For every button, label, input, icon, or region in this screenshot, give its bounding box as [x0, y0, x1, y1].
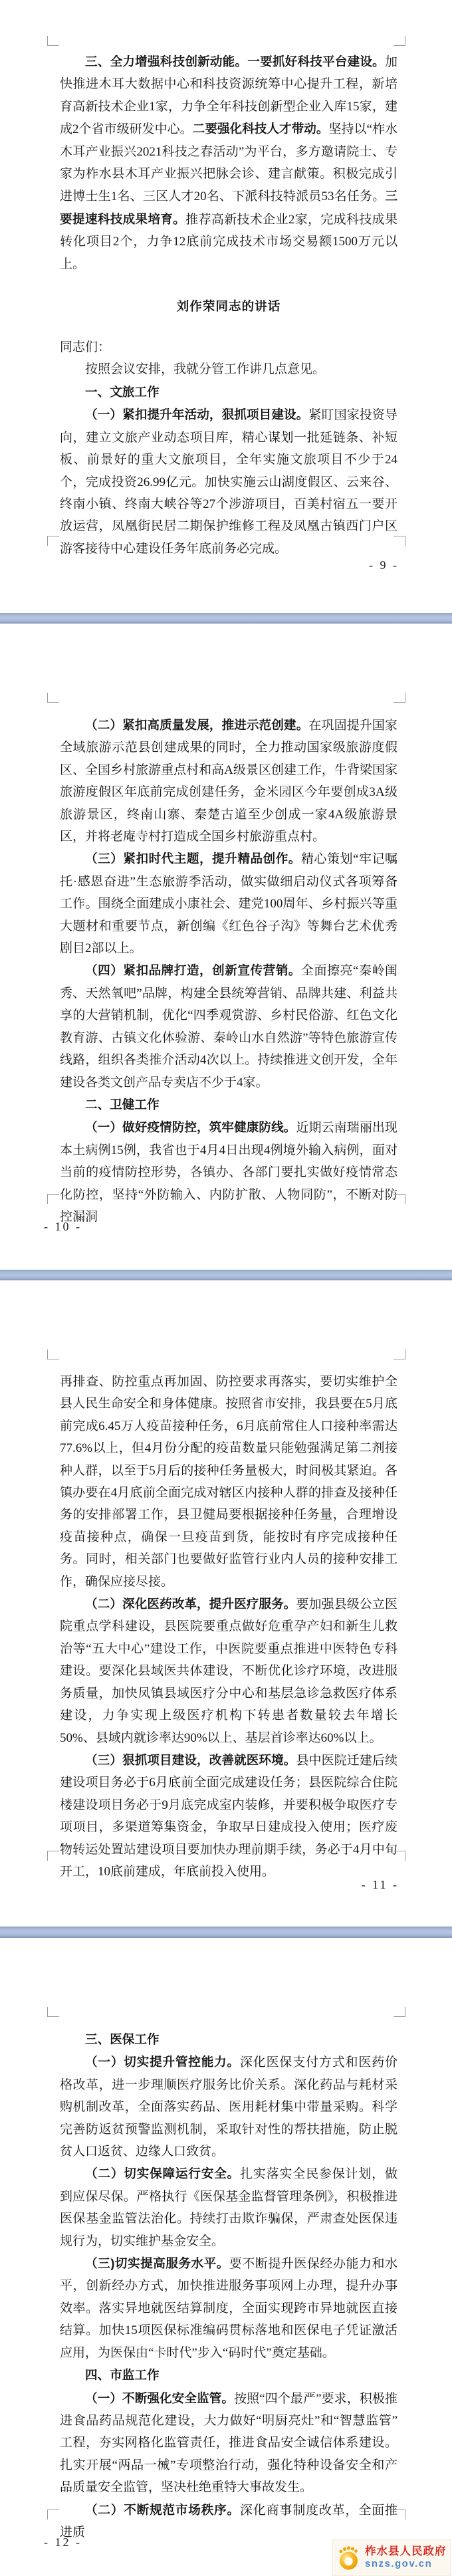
document-viewer: 三、全力增强科技创新动能。一要抓好科技平台建设。加快推进木耳大数据中心和科技资源… — [0, 0, 452, 2576]
text-boundary-mark — [394, 2007, 405, 2017]
bold-run: （一）切实提升管控能力。 — [85, 2055, 240, 2069]
page-content: 三、全力增强科技创新动能。一要抓好科技平台建设。加快推进木耳大数据中心和科技资源… — [60, 51, 397, 560]
page-number: - 11 - — [362, 1878, 399, 1892]
text-boundary-mark — [47, 1851, 59, 1861]
text-run: 要加强县级公立医院重点学科建设，县医院要重点做好危重孕产妇和新生儿救治等“五大中… — [60, 1597, 397, 1744]
paragraph: 二、卫健工作 — [60, 1094, 397, 1116]
text-boundary-mark — [47, 1349, 59, 1359]
bold-run: （四）紧扣品牌打造，创新宣传营销。 — [85, 963, 301, 977]
bold-run: （二）不断规范市场秩序。 — [85, 2503, 240, 2517]
page-content: 再排查、防控重点再加固、防控要求再落实，要切实维护全县人民生命安全和身体健康。按… — [60, 1371, 397, 1883]
paragraph: （二）紧扣高质量发展，推进示范创建。在巩固提升国家全域旅游示范县创建成果的同时，… — [60, 714, 397, 848]
bold-run: （三)切实提高服务水平。 — [85, 2256, 229, 2270]
paragraph: （一）不断强化安全监管。按照“四个最严”要求，积极推进食品药品规范化建设，大力做… — [60, 2387, 397, 2499]
paragraph: 三、医保工作 — [60, 2028, 397, 2051]
paragraph: （一）做好疫情防控，筑牢健康防线。近期云南瑞丽出现本土病例15例，我省也于4月4… — [60, 1116, 397, 1228]
bold-run: （三）紧扣时代主题，提升精品创作。 — [85, 852, 301, 866]
paragraph: 三、全力增强科技创新动能。一要抓好科技平台建设。加快推进木耳大数据中心和科技资源… — [60, 51, 397, 275]
text-boundary-mark — [47, 36, 59, 46]
text-run: 按照会议安排，我就分管工作讲几点意见。 — [85, 362, 325, 376]
text-run: 再排查、防控重点再加固、防控要求再落实，要切实维护全县人民生命安全和身体健康。按… — [60, 1375, 397, 1589]
paragraph: 四、市监工作 — [60, 2364, 397, 2387]
paragraph: （二）深化医药改革，提升医疗服务。要加强县级公立医院重点学科建设，县医院要重点做… — [60, 1593, 397, 1749]
paragraph: （四）紧扣品牌打造，创新宣传营销。全面擦亮“秦岭闺秀、天然氧吧”品牌，构建全县统… — [60, 959, 397, 1093]
paragraph: （三）紧扣时代主题，提升精品创作。精心策划“牢记嘱托·感恩奋进”生态旅游季活动，… — [60, 848, 397, 959]
page-number: - 9 - — [369, 558, 399, 572]
footprint-logo-icon — [336, 2544, 362, 2572]
bold-run: 四、市监工作 — [85, 2368, 160, 2382]
text-boundary-mark — [394, 536, 405, 546]
page-number: - 12 - — [44, 2535, 82, 2549]
paragraph: （一）紧扣提升年活动，狠抓项目建设。紧盯国家投资导向，建立文旅产业动态项目库，精… — [60, 404, 397, 560]
text-run: 县中医院迁建后续建设项目务必于6月底前全面完成建设任务；县医院综合住院楼建设项目… — [60, 1754, 397, 1879]
page-divider — [0, 1927, 452, 1938]
bold-run: （一）紧扣提升年活动，狠抓项目建设。 — [85, 408, 308, 421]
bold-run: （三）狠抓项目建设，改善就医环境。 — [85, 1753, 296, 1767]
watermark-domain: snzs.gov.cn — [365, 2558, 447, 2569]
text-run: 在巩固提升国家全域旅游示范县创建成果的同时，全力推动国家级旅游度假区、全国乡村旅… — [60, 719, 397, 844]
text-boundary-mark — [394, 693, 405, 703]
text-boundary-mark — [47, 693, 59, 703]
site-watermark: 柞水县人民政府 snzs.gov.cn — [332, 2539, 451, 2576]
text-run: 同志们： — [60, 340, 110, 354]
speech-title: 刘作荣同志的讲话 — [60, 275, 397, 336]
paragraph: （三)切实提高服务水平。要不断提升医保经办能力和水平，创新经办方式，加快推进服务… — [60, 2252, 397, 2364]
document-page: （二）紧扣高质量发展，推进示范创建。在巩固提升国家全域旅游示范县创建成果的同时，… — [0, 624, 452, 1270]
text-run: 要不断提升医保经办能力和水平，创新经办方式，加快推进服务事项网上办理，提升办事效… — [60, 2257, 397, 2360]
paragraph: （二）不断规范市场秩序。深化商事制度改革，全面推进质 — [60, 2499, 397, 2544]
page-divider — [0, 613, 452, 624]
page-content: （二）紧扣高质量发展，推进示范创建。在巩固提升国家全域旅游示范县创建成果的同时，… — [60, 714, 397, 1228]
paragraph: （一）切实提升管控能力。深化医保支付方式和医药价格改革，进一步理顺医疗服务比价关… — [60, 2051, 397, 2163]
text-run: 按照“四个最严”要求，积极推进食品药品规范化建设，大力做好“明厨亮灶”和“智慧监… — [60, 2392, 397, 2495]
watermark-org-name: 柞水县人民政府 — [365, 2545, 447, 2558]
bold-run: （二）切实保障运行安全。 — [85, 2166, 240, 2180]
paragraph: 按照会议安排，我就分管工作讲几点意见。 — [60, 358, 397, 380]
text-boundary-mark — [394, 1349, 405, 1359]
document-page: 三、全力增强科技创新动能。一要抓好科技平台建设。加快推进木耳大数据中心和科技资源… — [0, 0, 452, 613]
bold-run: （二）深化医药改革，提升医疗服务。 — [85, 1597, 296, 1611]
bold-run: （二）紧扣高质量发展，推进示范创建。 — [85, 718, 308, 732]
paragraph: 一、文旅工作 — [60, 381, 397, 404]
document-page: 再排查、防控重点再加固、防控要求再落实，要切实维护全县人民生命安全和身体健康。按… — [0, 1280, 452, 1927]
bold-run: （一）不断强化安全监管。 — [85, 2391, 234, 2405]
text-boundary-mark — [47, 536, 59, 546]
bold-run: 一要抓好科技平台建设。 — [247, 55, 385, 68]
watermark-text: 柞水县人民政府 snzs.gov.cn — [365, 2545, 447, 2569]
bold-run: 刘作荣同志的讲话 — [177, 299, 281, 313]
page-content: 三、医保工作（一）切实提升管控能力。深化医保支付方式和医药价格改革，进一步理顺医… — [60, 2028, 397, 2543]
text-boundary-mark — [47, 1194, 59, 1204]
bold-run: 一、文旅工作 — [85, 385, 160, 399]
bold-run: 二、卫健工作 — [85, 1098, 160, 1112]
bold-run: 二要强化科技人才带动。 — [193, 122, 329, 136]
text-run: 深化医保支付方式和医药价格改革，进一步理顺医疗服务比价关系。深化药品与耗材采购机… — [60, 2055, 397, 2159]
text-run: 紧盯国家投资导向，建立文旅产业动态项目库，精心谋划一批延链条、补短板、前景好的重… — [60, 408, 397, 555]
text-run: 近期云南瑞丽出现本土病例15例，我省也于4月4日出现4例境外输入病例，面对当前的… — [60, 1121, 397, 1224]
paragraph: （三）狠抓项目建设，改善就医环境。县中医院迁建后续建设项目务必于6月底前全面完成… — [60, 1749, 397, 1883]
text-run: 全面擦亮“秦岭闺秀、天然氧吧”品牌，构建全县统筹营销、品牌共建、利益共享的大营销… — [60, 964, 397, 1089]
page-divider — [0, 1270, 452, 1280]
text-boundary-mark — [394, 1194, 405, 1204]
text-boundary-mark — [47, 2007, 59, 2017]
text-boundary-mark — [47, 2510, 59, 2519]
paragraph: （二）切实保障运行安全。扎实落实全民参保计划，做到应保尽保。严格执行《医保基金监… — [60, 2163, 397, 2252]
text-boundary-mark — [394, 36, 405, 46]
text-boundary-mark — [394, 2510, 405, 2519]
document-page: 三、医保工作（一）切实提升管控能力。深化医保支付方式和医药价格改革，进一步理顺医… — [0, 1938, 452, 2576]
text-boundary-mark — [394, 1851, 405, 1861]
bold-run: 三、医保工作 — [85, 2032, 160, 2046]
bold-run: 三、全力增强科技创新动能。 — [85, 55, 247, 68]
paragraph: 同志们： — [60, 336, 397, 358]
bold-run: （一）做好疫情防控，筑牢健康防线。 — [85, 1120, 296, 1134]
paragraph: 再排查、防控重点再加固、防控要求再落实，要切实维护全县人民生命安全和身体健康。按… — [60, 1371, 397, 1593]
text-run: 精心策划“牢记嘱托·感恩奋进”生态旅游季活动，做实做细启动仪式各项筹备工作。围绕… — [60, 852, 397, 955]
page-number: - 10 - — [44, 1220, 82, 1234]
